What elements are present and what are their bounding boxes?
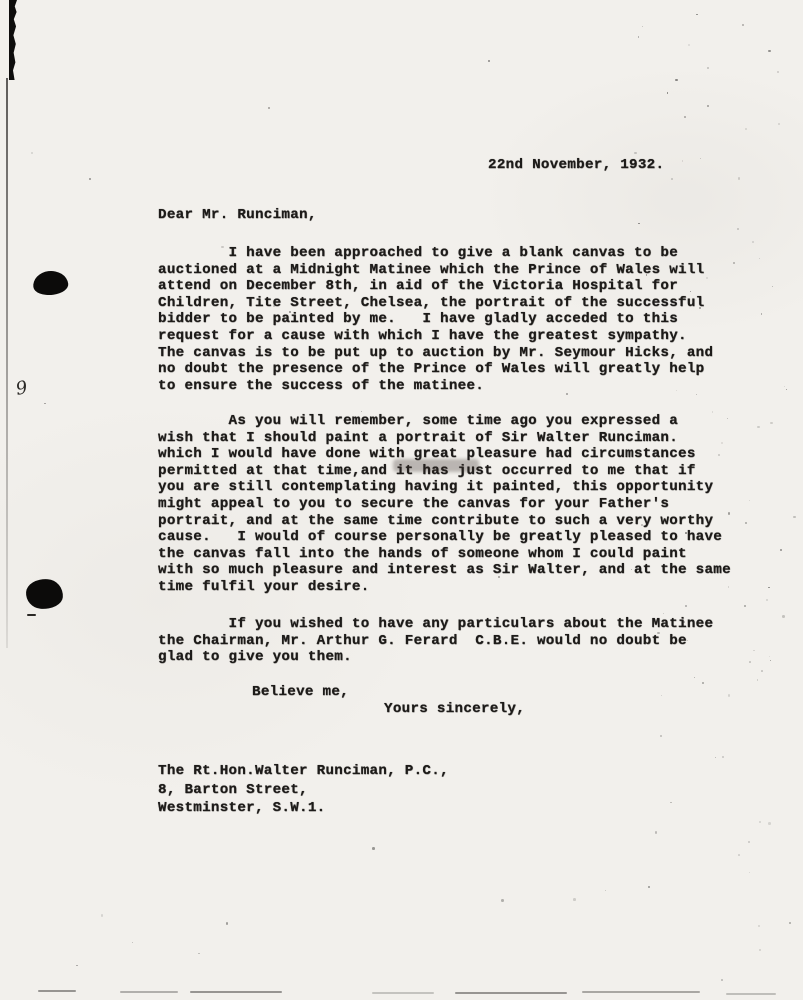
scan-speck <box>749 661 751 663</box>
scan-speck <box>226 922 229 925</box>
scan-speck <box>753 650 755 652</box>
scan-speck <box>688 44 690 46</box>
scan-streak <box>38 990 76 992</box>
scan-speck <box>501 899 504 902</box>
scan-speck <box>737 228 739 230</box>
scan-speck <box>761 313 763 315</box>
scan-streak <box>190 991 282 993</box>
scan-speck <box>772 286 773 287</box>
scan-speck <box>638 223 640 225</box>
scan-speck <box>745 522 747 524</box>
scan-speck <box>675 79 678 82</box>
scan-speck <box>757 679 759 681</box>
scan-speck <box>738 854 740 856</box>
paragraph-2: As you will remember, some time ago you … <box>158 413 743 596</box>
scan-speck <box>268 107 270 109</box>
scan-speck <box>768 50 771 53</box>
scan-speck <box>44 403 45 404</box>
scan-edge-line <box>6 78 8 648</box>
scan-speck <box>789 922 791 924</box>
scan-speck <box>738 177 741 180</box>
recipient-address: The Rt.Hon.Walter Runciman, P.C., 8, Bar… <box>158 762 449 818</box>
scan-speck <box>702 682 704 684</box>
scan-speck <box>745 128 746 129</box>
scan-speck <box>766 599 768 601</box>
scan-edge-strip <box>9 0 17 80</box>
scan-speck <box>793 516 795 518</box>
salutation: Dear Mr. Runciman, <box>158 207 317 224</box>
scan-speck <box>778 123 780 125</box>
scan-speck <box>638 36 640 38</box>
scan-speck <box>661 695 662 696</box>
scan-speck <box>700 158 701 159</box>
scan-speck <box>660 735 662 737</box>
handwritten-mark: 9 <box>14 377 29 400</box>
scan-speck <box>759 821 761 823</box>
scan-speck <box>648 886 650 888</box>
scan-speck <box>76 965 78 967</box>
scan-speck <box>707 105 709 107</box>
scan-speck <box>715 757 717 759</box>
scan-speck <box>768 587 769 588</box>
scan-speck <box>768 822 771 825</box>
scan-speck <box>769 656 771 658</box>
ink-blob-lower <box>25 578 64 611</box>
scan-speck <box>89 178 91 180</box>
scan-speck <box>684 116 686 118</box>
scan-speck <box>634 152 637 155</box>
scan-speck <box>786 389 787 390</box>
scan-speck <box>682 160 683 161</box>
scan-speck <box>667 92 669 94</box>
scan-speck <box>749 872 750 873</box>
scan-speck <box>749 500 750 501</box>
scan-speck <box>707 67 710 70</box>
scan-streak <box>455 992 567 994</box>
scan-speck <box>721 979 723 981</box>
valediction: Believe me, <box>252 684 349 701</box>
scan-speck <box>198 953 199 954</box>
scan-streak <box>726 993 776 995</box>
typewriter-smudge <box>393 459 479 472</box>
scan-speck <box>696 14 698 16</box>
scan-speck <box>722 756 724 758</box>
scan-speck <box>696 394 697 395</box>
scan-speck <box>782 615 785 618</box>
scan-speck <box>642 26 643 27</box>
scan-speck <box>694 677 696 679</box>
scan-speck <box>777 71 779 73</box>
ink-blob-upper <box>32 269 70 297</box>
scan-speck <box>132 942 134 944</box>
scan-speck <box>733 262 735 264</box>
letter-date: 22nd November, 1932. <box>488 157 664 174</box>
scan-speck <box>671 178 673 180</box>
paragraph-1: I have been approached to give a blank c… <box>158 245 733 394</box>
scan-speck <box>663 613 664 614</box>
ink-dash <box>27 614 36 616</box>
scan-speck <box>655 831 657 833</box>
scan-speck <box>685 605 687 607</box>
scan-streak <box>582 991 700 993</box>
sign-off: Yours sincerely, <box>384 701 525 718</box>
scan-speck <box>758 925 759 926</box>
scan-speck <box>752 241 754 243</box>
scan-speck <box>757 426 759 428</box>
scan-speck <box>31 152 33 154</box>
scan-speck <box>748 841 750 843</box>
scan-speck <box>761 670 763 672</box>
paragraph-3: If you wished to have any particulars ab… <box>158 616 733 666</box>
scan-speck <box>784 386 785 387</box>
scan-speck <box>742 24 744 26</box>
scan-speck <box>605 890 606 891</box>
scan-speck <box>488 60 490 62</box>
scan-streak <box>372 992 434 994</box>
scan-speck <box>573 898 576 901</box>
scan-speck <box>770 660 772 662</box>
scan-speck <box>728 694 731 697</box>
scan-speck <box>759 258 760 259</box>
scan-speck <box>759 949 761 951</box>
scan-speck <box>780 549 782 551</box>
scan-speck <box>770 422 773 425</box>
scan-speck <box>101 914 103 916</box>
scan-streak <box>120 991 178 993</box>
scan-speck <box>670 802 671 803</box>
letter-scan-page: 22nd November, 1932. Dear Mr. Runciman, … <box>0 0 803 1000</box>
scan-speck <box>744 605 746 607</box>
scan-speck <box>372 847 375 850</box>
